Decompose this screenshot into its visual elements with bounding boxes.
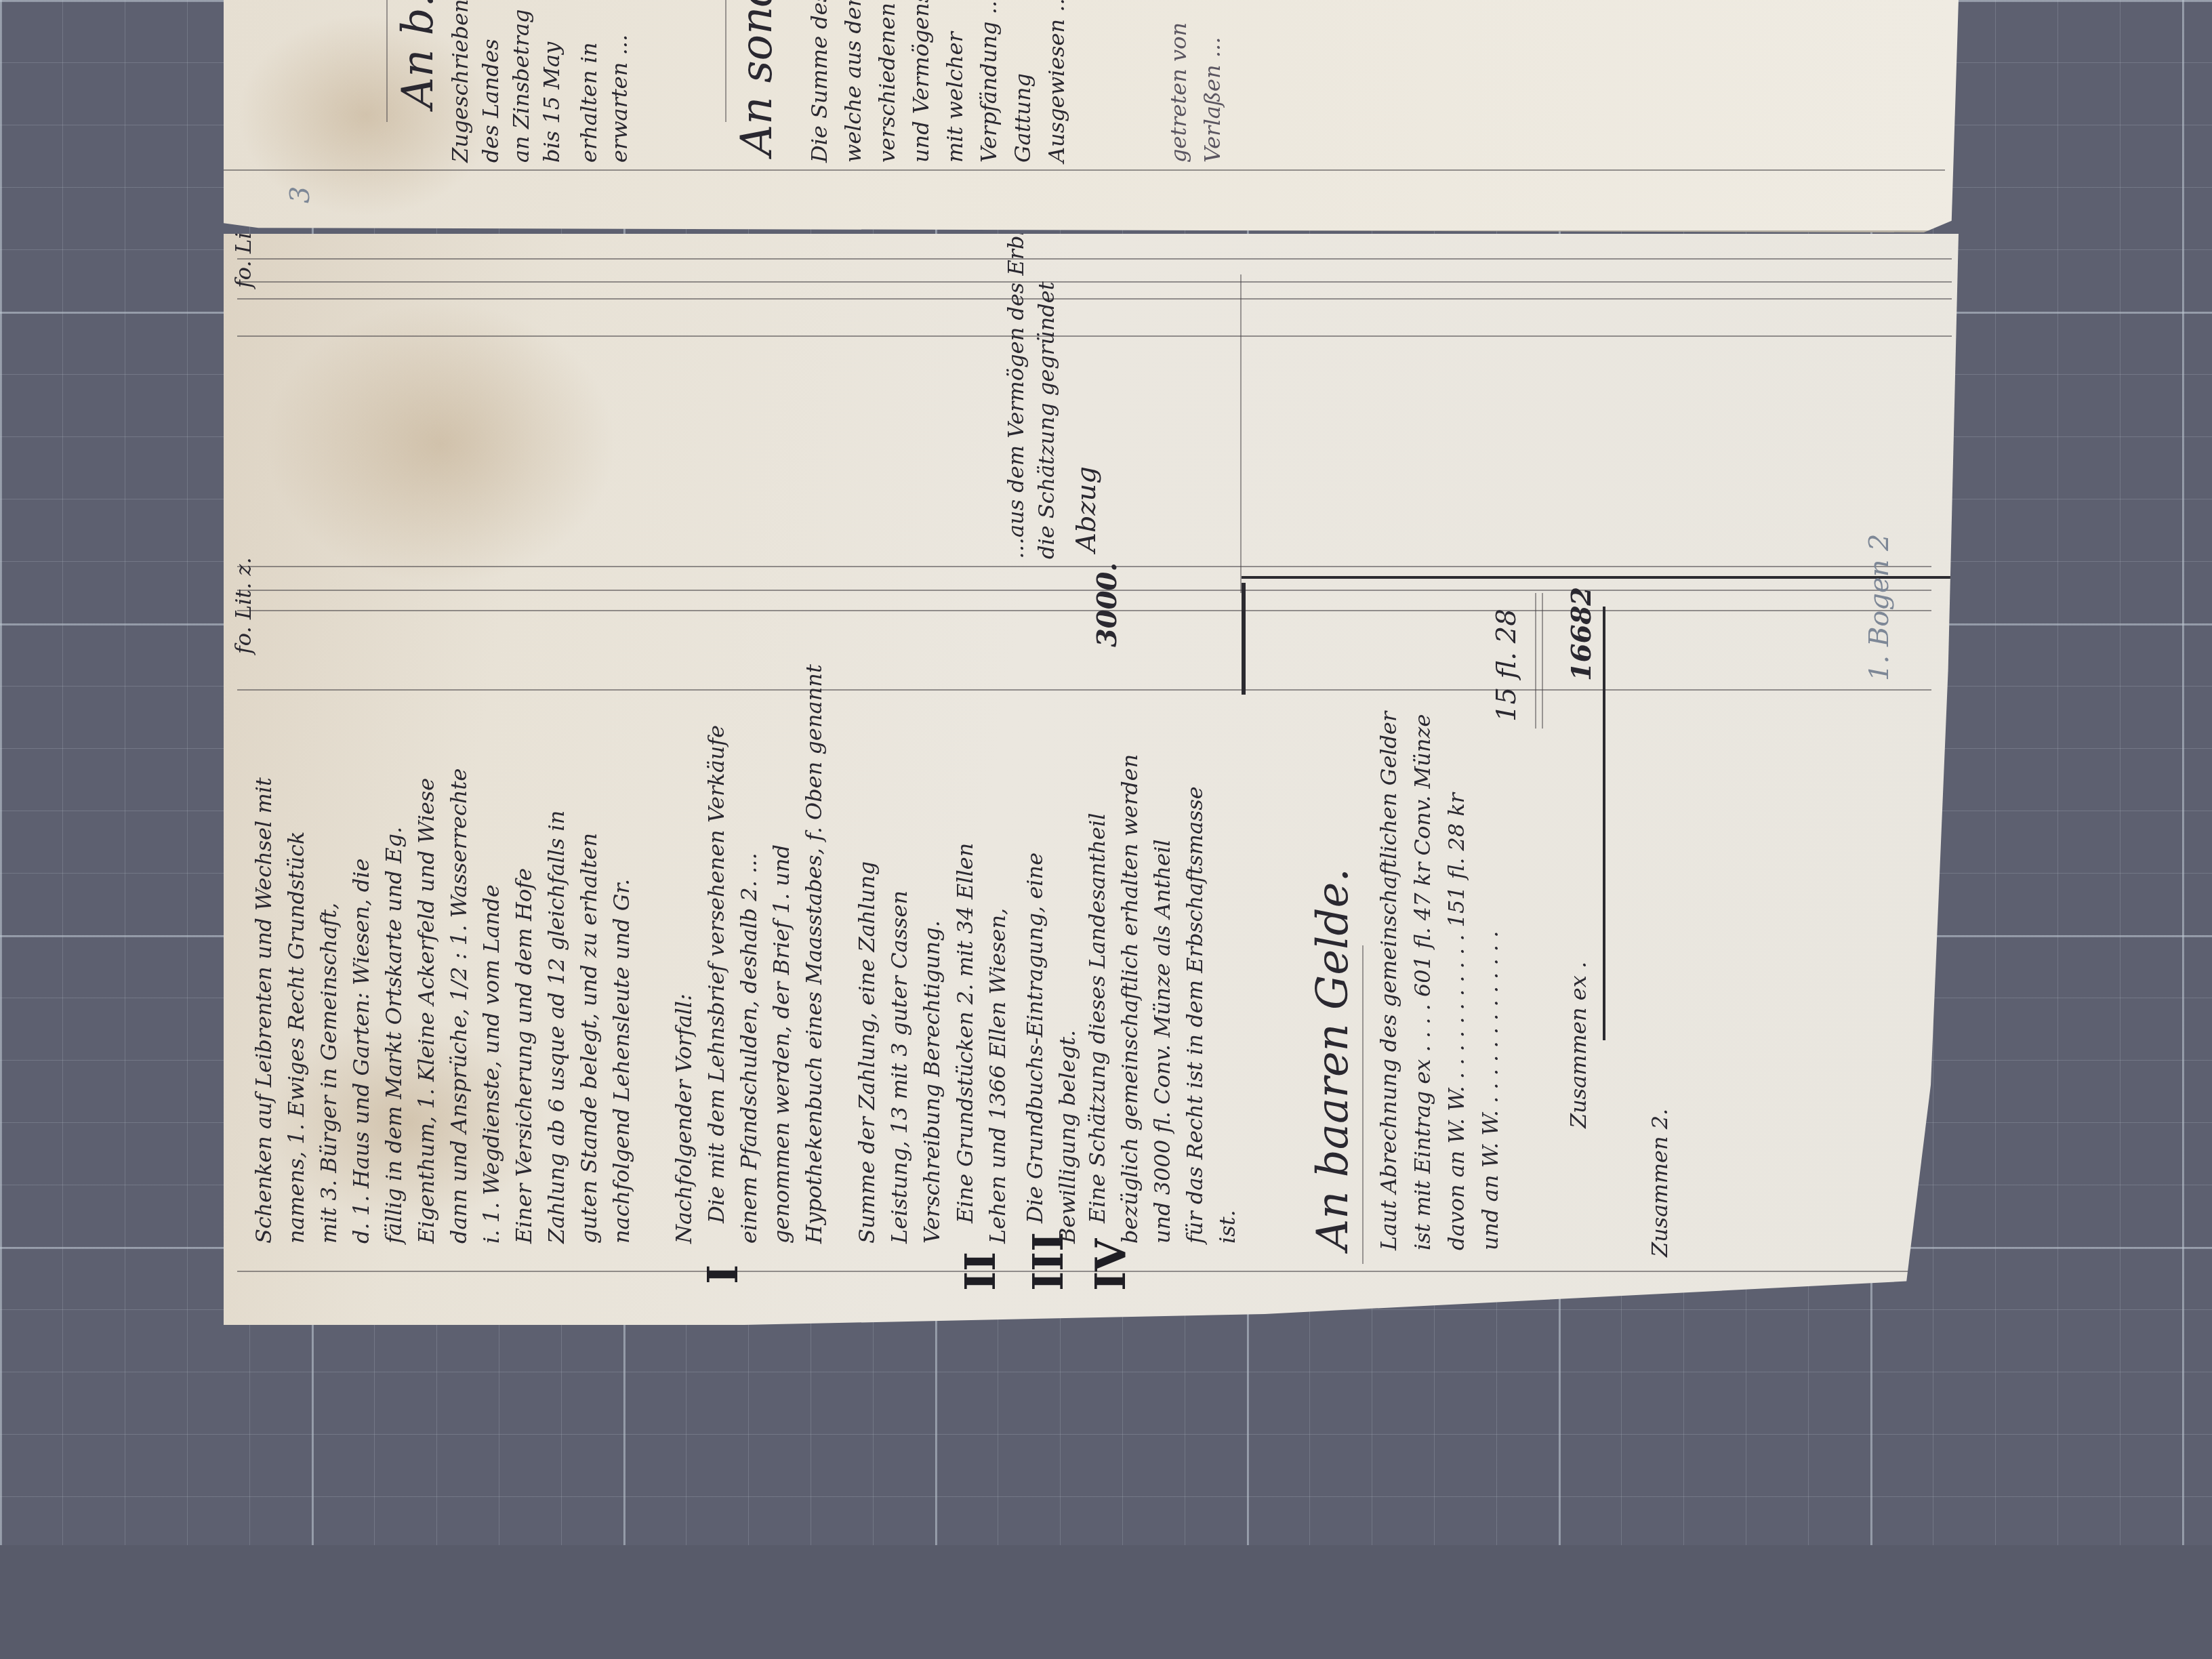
rule-line: [237, 590, 1931, 591]
text-line: erwarten ...: [607, 35, 632, 163]
text-line: Laut Abrechnung des gemeinschaftlichen G…: [1376, 712, 1401, 1250]
footer-note: Zusammen 2.: [1647, 1109, 1673, 1257]
amount-column-rule: [1242, 583, 1246, 695]
text-line: bis 15 May: [539, 42, 565, 163]
text-line: Schenken auf Leibrenten und Wechsel mit: [251, 777, 276, 1244]
rule-line: [237, 566, 1931, 567]
text-line: welche aus dem: [840, 0, 866, 163]
text-line: Einer Versicherung und dem Hofe: [511, 868, 537, 1244]
text-line: mit welcher: [942, 32, 968, 163]
amount-3000: 3000.: [1091, 562, 1123, 647]
heading-top-1: An b…: [393, 0, 443, 108]
rule-vertical: [1240, 274, 1242, 593]
text-line: Eine Schätzung dieses Landesantheil: [1084, 813, 1110, 1223]
rule-vertical: [725, 0, 726, 122]
text-line: bezüglich gemeinschaftlich erhalten werd…: [1117, 754, 1143, 1244]
text-line: erhalten in: [576, 42, 602, 163]
text-line: Summe der Zahlung, eine Zahlung: [854, 861, 880, 1244]
text-line: und an W. W. . . . . . . . . . . . . .: [1477, 931, 1503, 1250]
text-line: Bewilligung belegt.: [1054, 1030, 1080, 1244]
text-line: des Landes: [478, 39, 504, 163]
text-line: Die Summe des: [806, 0, 832, 163]
text-line: verschiedenen ...: [874, 0, 900, 163]
text-line: für das Recht ist in dem Erbschaftsmasse: [1182, 786, 1208, 1244]
sum-underline: [1542, 593, 1543, 729]
text-line: dann und Ansprüche, 1/2 : 1. Wasserrecht…: [446, 769, 472, 1244]
rule-line: [237, 610, 1931, 611]
text-line: Ausgewiesen ...: [1044, 0, 1069, 163]
text-line: einem Pfandschulden, deshalb 2. ...: [736, 853, 762, 1244]
rule-line: [237, 281, 1952, 283]
text-line: und 3000 fl. Conv. Münze als Antheil: [1149, 839, 1175, 1244]
rule-line: [237, 298, 1952, 300]
text-line: Eigenthum, 1. Kleine Ackerfeld und Wiese: [413, 778, 439, 1244]
note-top-2: die Schätzung gegründet: [1033, 281, 1059, 559]
rule-line: [237, 1271, 1918, 1272]
text-line: Verlaßen ...: [1200, 37, 1225, 163]
sum-value: 16682: [1565, 587, 1597, 681]
text-line: ist mit Eintrag ex . . . . 601 fl. 47 kr…: [1410, 714, 1435, 1250]
text-line: genommen werden, der Brief 1. und: [769, 844, 794, 1244]
pencil-number: 3: [285, 186, 316, 203]
text-line: i. 1. Wegdienste, und vom Lande: [478, 884, 504, 1244]
amount-rule: [1242, 576, 1960, 579]
cash-section-title: An baaren Gelde.: [1308, 868, 1358, 1250]
text-line: Gattung: [1010, 73, 1036, 163]
text-line: namens, 1. Ewiges Recht Grundstück: [283, 832, 309, 1244]
text-line: Verpfändung ...: [976, 0, 1002, 163]
text-line: davon an W. W. . . . . . . . . . . . 151…: [1443, 793, 1469, 1250]
rule-vertical: [386, 0, 388, 122]
signature: Abzug: [1071, 466, 1102, 552]
text-line: Die mit dem Lehnsbrief versehenen Verkäu…: [703, 725, 729, 1223]
text-line: guten Stande belegt, und zu erhalten: [576, 833, 602, 1244]
section-numeral-I: I: [698, 1265, 747, 1284]
text-line: fällig in dem Markt Ortskarte und Eg.: [381, 827, 407, 1244]
rule-line: [237, 258, 1952, 260]
sum-underline: [1535, 593, 1536, 729]
heading-top-2: An sond…: [732, 0, 782, 156]
cash-amount-2: 15 fl. 28: [1491, 609, 1522, 722]
sum-rule: [1603, 607, 1605, 1040]
text-line: Zugeschriebene: [447, 0, 473, 163]
rule-line: [224, 169, 1945, 171]
sum-label: Zusammen ex .: [1565, 962, 1591, 1128]
text-line: Eine Grundstücken 2. mit 34 Ellen: [952, 843, 978, 1223]
paper-stain: [264, 302, 617, 586]
cutting-mat-lower: [0, 1545, 2212, 1659]
rule-line: [237, 689, 1931, 691]
text-line: und Vermögens: [908, 0, 934, 163]
text-line: mit 3. Bürger in Gemeinschaft,: [316, 903, 342, 1244]
column-label-mid: fo. Lit. z.: [230, 557, 256, 654]
text-line: Hypothekenbuch eines Maasstabes, f. Oben…: [801, 664, 827, 1244]
text-line: ist.: [1214, 1210, 1240, 1244]
text-line: Lehen und 1366 Ellen Wiesen,: [985, 908, 1010, 1244]
rule-line: [237, 335, 1952, 337]
top-folded-sheet: An b… An sond… 3 Zugeschriebene des Land…: [224, 0, 1959, 232]
section-numeral-II: II: [956, 1252, 1005, 1291]
text-line: nachfolgend Lehensleute und Gr.: [609, 879, 634, 1244]
text-line: Nachfolgender Vorfall:: [671, 994, 697, 1244]
text-line: Verschreibung Berechtigung.: [919, 920, 945, 1244]
text-line: an Zinsbetrag: [508, 9, 534, 163]
section-numeral-IV: IV: [1086, 1239, 1135, 1291]
text-line: getreten von: [1166, 22, 1191, 163]
title-underline: [1362, 945, 1364, 1264]
text-line: Leistung, 13 mit 3 guter Cassen: [886, 890, 912, 1244]
pencil-note: 1. Bogen 2: [1864, 533, 1895, 681]
ledger-page: fo. Lit. z. fo. Lit. z. …aus dem Vermöge…: [224, 234, 1959, 1325]
text-line: Die Grundbuchs-Eintragung, eine: [1022, 853, 1048, 1223]
text-line: Zahlung ab 6 usque ad 12 gleichfalls in: [544, 811, 569, 1244]
text-line: d. 1. Haus und Garten: Wiesen, die: [348, 859, 374, 1244]
